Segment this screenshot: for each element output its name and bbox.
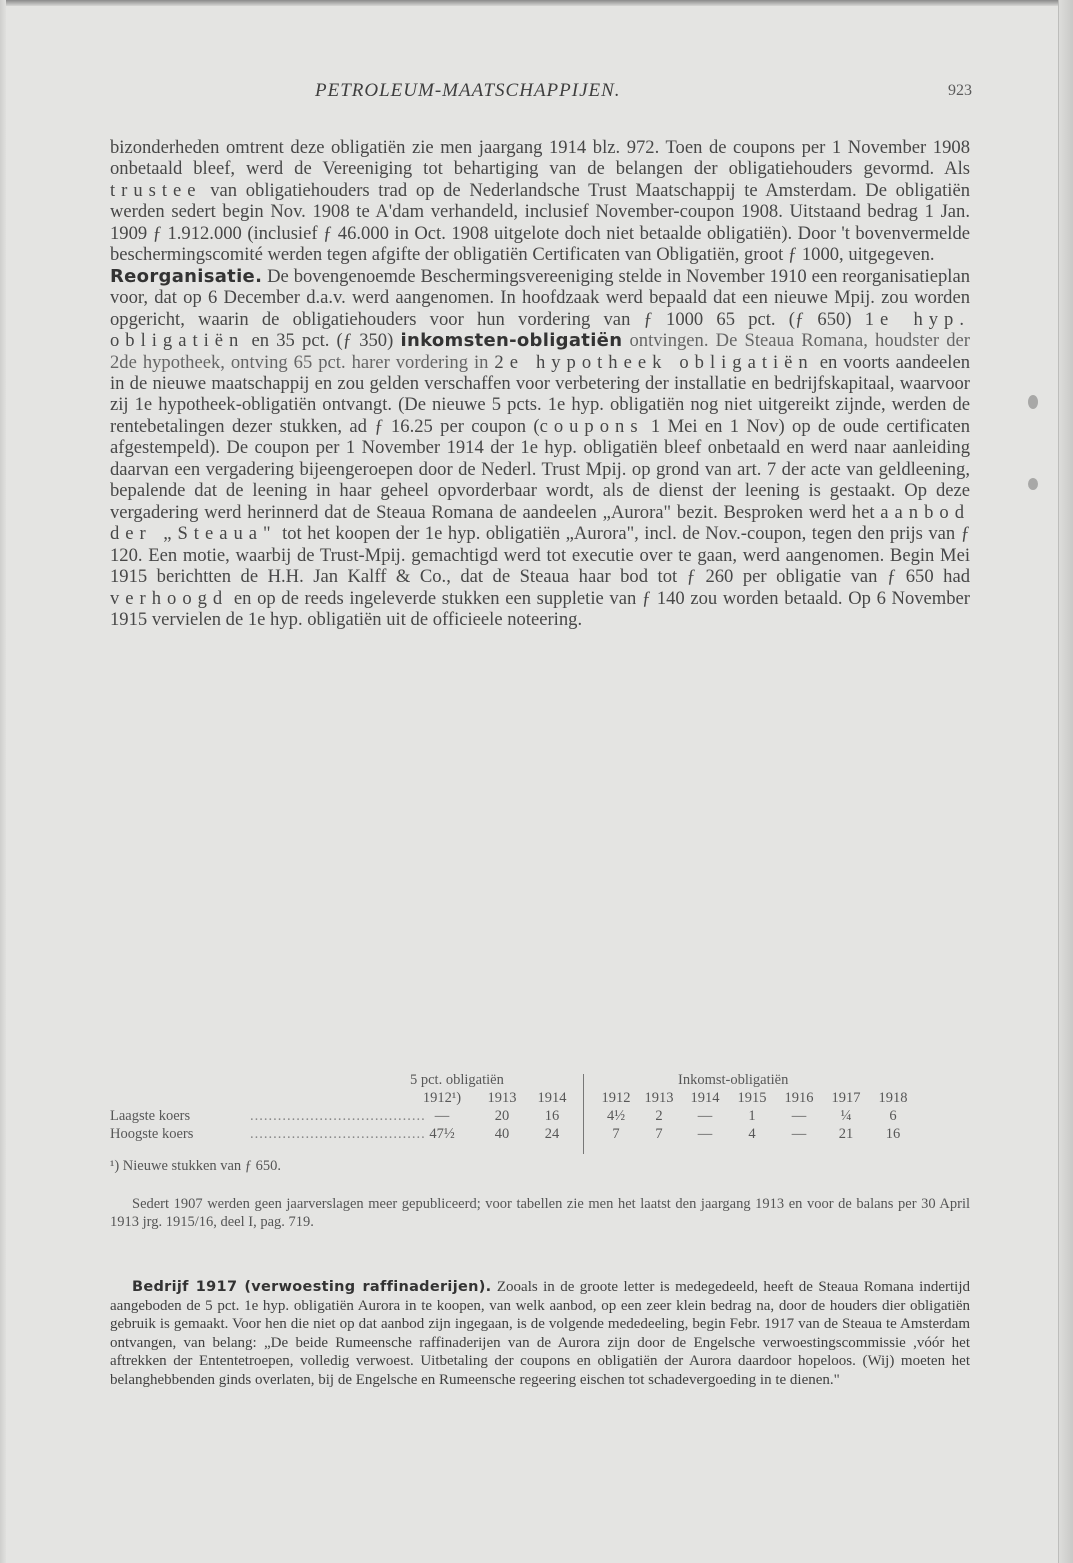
spaced-term: trustee bbox=[110, 180, 202, 201]
year-header: 1917 bbox=[824, 1090, 868, 1107]
cell: — bbox=[420, 1108, 464, 1125]
cell: — bbox=[683, 1108, 727, 1125]
year-header: 1913 bbox=[480, 1090, 524, 1107]
bold-term: inkomsten-obligatiën bbox=[400, 330, 622, 351]
spaced-term: verhoogd bbox=[110, 588, 228, 609]
year-header: 1916 bbox=[777, 1090, 821, 1107]
paragraph: bizonderheden omtrent deze obligatiën zi… bbox=[110, 137, 970, 266]
table-row: Laagste koers ..........................… bbox=[110, 1108, 970, 1126]
cell: 16 bbox=[530, 1108, 574, 1125]
year-header: 1912 bbox=[594, 1090, 638, 1107]
paragraph: Reorganisatie. De bovengenoemde Bescherm… bbox=[110, 266, 970, 631]
cell: 4 bbox=[730, 1126, 774, 1143]
page-top-edge bbox=[0, 0, 1073, 6]
header-title: PETROLEUM-MAATSCHAPPIJEN. bbox=[315, 80, 621, 102]
cell: 20 bbox=[480, 1108, 524, 1125]
page-left-edge bbox=[0, 0, 6, 1563]
running-header: PETROLEUM-MAATSCHAPPIJEN. 923 bbox=[110, 80, 972, 108]
cell: 21 bbox=[824, 1126, 868, 1143]
bedrijf-1917-section: Bedrijf 1917 (verwoesting raffinaderijen… bbox=[110, 1278, 970, 1389]
row-label: Laagste koers bbox=[110, 1108, 190, 1125]
text-run: bizonderheden omtrent deze obligatiën zi… bbox=[110, 137, 970, 179]
cell: 40 bbox=[480, 1126, 524, 1143]
year-header: 1912¹) bbox=[420, 1090, 464, 1107]
group1-header: 5 pct. obligatiën bbox=[410, 1072, 504, 1090]
cell: 4½ bbox=[594, 1108, 638, 1125]
text-run: en 35 pct. (ƒ 350) bbox=[244, 330, 400, 351]
cell: 7 bbox=[637, 1126, 681, 1143]
cell: 1 bbox=[730, 1108, 774, 1125]
year-header: 1914 bbox=[683, 1090, 727, 1107]
section-heading-bedrijf: Bedrijf 1917 (verwoesting raffinaderijen… bbox=[132, 1279, 491, 1295]
page-right-edge bbox=[1058, 0, 1073, 1563]
cell: 7 bbox=[594, 1126, 638, 1143]
group2-header: Inkomst-obligatiën bbox=[678, 1072, 788, 1090]
cell: 2 bbox=[637, 1108, 681, 1125]
leader-dots: ........................................… bbox=[250, 1126, 425, 1143]
cell: ¼ bbox=[824, 1108, 868, 1125]
year-header: 1918 bbox=[871, 1090, 915, 1107]
year-header-row: 1912¹) 1913 1914 1912 1913 1914 1915 191… bbox=[110, 1090, 970, 1108]
main-body-text: bizonderheden omtrent deze obligatiën zi… bbox=[110, 137, 970, 630]
cell: — bbox=[683, 1126, 727, 1143]
year-header: 1915 bbox=[730, 1090, 774, 1107]
scan-smudge bbox=[1028, 395, 1038, 409]
spaced-term: 2e hypotheek obligatiën bbox=[494, 352, 813, 373]
scan-smudge bbox=[1028, 478, 1038, 490]
cell: 47½ bbox=[420, 1126, 464, 1143]
cell: 6 bbox=[871, 1108, 915, 1125]
table-footnote: ¹) Nieuwe stukken van ƒ 650. bbox=[110, 1158, 281, 1175]
cell: 24 bbox=[530, 1126, 574, 1143]
text-run: van obligatiehouders trad op de Nederlan… bbox=[110, 180, 970, 265]
table-row: Hoogste koers ..........................… bbox=[110, 1126, 970, 1144]
annual-report-note: Sedert 1907 werden geen jaarverslagen me… bbox=[110, 1195, 970, 1231]
leader-dots: ........................................… bbox=[250, 1108, 425, 1125]
cell: — bbox=[777, 1108, 821, 1125]
cell: 16 bbox=[871, 1126, 915, 1143]
section-heading-reorganisatie: Reorganisatie. bbox=[110, 266, 262, 287]
section-text: Zooals in de groote letter is medegedeel… bbox=[110, 1279, 970, 1388]
row-label: Hoogste koers bbox=[110, 1126, 193, 1143]
year-header: 1913 bbox=[637, 1090, 681, 1107]
year-header: 1914 bbox=[530, 1090, 574, 1107]
cell: — bbox=[777, 1126, 821, 1143]
spaced-term: coupons bbox=[540, 416, 644, 437]
page-number: 923 bbox=[948, 82, 972, 100]
text-run: en op de reeds ingeleverde stukken een s… bbox=[110, 588, 970, 630]
